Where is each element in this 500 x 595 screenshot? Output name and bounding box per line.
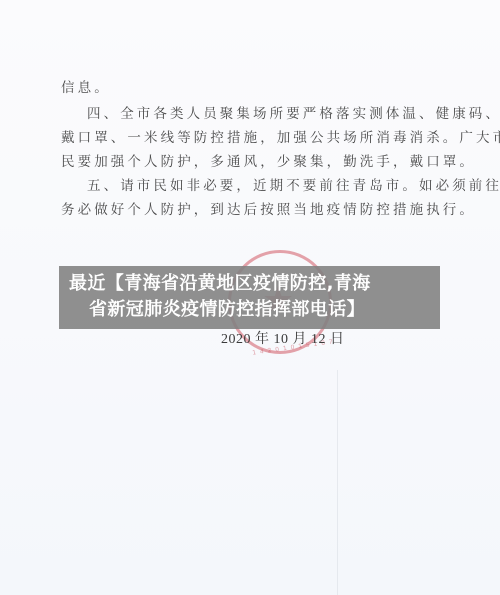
doc-line-6: 务必做好个人防护，到达后按照当地疫情防控措施执行。 [61,202,476,218]
title-banner: 最近【青海省沿黄地区疫情防控,青海 省新冠肺炎疫情防控指挥部电话】 [59,266,440,329]
banner-title-line-1: 最近【青海省沿黄地区疫情防控,青海 [69,273,371,295]
document-date: 2020 年 10 月 12 日 [221,328,345,348]
doc-line-4: 民要加强个人防护，多通风，少聚集，勤洗手，戴口罩。 [61,154,476,170]
doc-line-3: 戴口罩、一米线等防控措施，加强公共场所消毒消杀。广大市 [61,130,500,146]
doc-line-1: 信息。 [61,80,111,96]
banner-title-line-2: 省新冠肺炎疫情防控指挥部电话】 [89,299,365,321]
doc-line-5: 五、请市民如非必要，近期不要前往青岛市。如必须前往， [87,178,500,194]
doc-line-2: 四、全市各类人员聚集场所要严格落实测体温、健康码、 [87,106,500,122]
page-fold-line [337,370,338,595]
